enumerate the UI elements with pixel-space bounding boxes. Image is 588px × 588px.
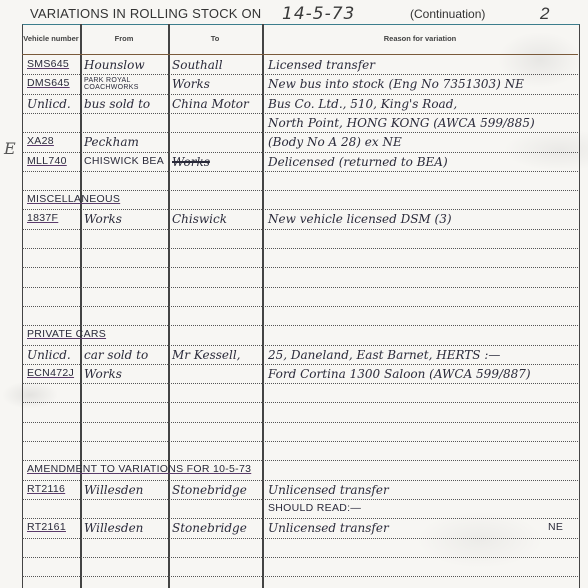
- row-rule: [22, 306, 578, 307]
- from-cell: car sold to: [84, 348, 148, 362]
- row-rule: [22, 74, 578, 75]
- from-cell: bus sold to: [84, 97, 150, 111]
- row-rule: [22, 209, 578, 210]
- from-cell: Willesden: [84, 483, 143, 497]
- from-cell: PARK ROYAL COACHWORKS: [84, 77, 164, 91]
- section-heading: AMENDMENT TO VARIATIONS FOR 10-5-73: [27, 463, 251, 475]
- vehicle-number-cell: RT2161: [27, 521, 66, 533]
- reason-cell: Ford Cortina 1300 Saloon (AWCA 599/887): [268, 367, 531, 381]
- row-rule: [22, 557, 578, 558]
- section-heading: MISCELLANEOUS: [27, 193, 120, 205]
- reason-cell: (Body No A 28) ex NE: [268, 135, 402, 149]
- vehicle-number-cell: 1837F: [27, 212, 58, 224]
- to-cell: Mr Kessell,: [172, 348, 241, 362]
- reason-cell: Licensed transfer: [268, 58, 375, 72]
- reason-cell: 25, Daneland, East Barnet, HERTS :—: [268, 348, 500, 362]
- vehicle-number-cell: MLL740: [27, 155, 67, 167]
- vehicle-number-cell: Unlicd.: [27, 348, 71, 362]
- reason-cell: Unlicensed transfer: [268, 521, 389, 535]
- table-header: Vehicle number From To Reason for variat…: [22, 24, 578, 55]
- vehicle-number-cell: RT2116: [27, 483, 65, 495]
- to-cell: Works: [172, 77, 210, 91]
- to-cell: Chiswick: [172, 212, 227, 226]
- row-rule: [22, 345, 578, 346]
- reason-cell: Delicensed (returned to BEA): [268, 155, 448, 169]
- row-rule: [22, 538, 578, 539]
- vehicle-number-cell: XA28: [27, 135, 54, 147]
- section-heading: PRIVATE CARS: [27, 328, 106, 340]
- vehicle-number-cell: SMS645: [27, 58, 69, 70]
- to-cell: Works: [172, 155, 210, 169]
- from-cell: Willesden: [84, 521, 143, 535]
- reason-cell: Bus Co. Ltd., 510, King's Road,: [268, 97, 457, 111]
- header-reason: Reason for variation: [262, 24, 578, 54]
- row-rule: [22, 267, 578, 268]
- continuation-label: (Continuation): [410, 7, 485, 21]
- form-title: VARIATIONS IN ROLLING STOCK ON: [30, 6, 261, 21]
- row-rule: [22, 248, 578, 249]
- header-from: From: [80, 24, 168, 54]
- row-rule: [22, 113, 578, 114]
- to-cell: Southall: [172, 58, 223, 72]
- form-header: VARIATIONS IN ROLLING STOCK ON 14-5-73 (…: [30, 4, 578, 26]
- header-vehicle-number: Vehicle number: [22, 24, 80, 54]
- row-rule: [22, 152, 578, 153]
- from-cell: Works: [84, 367, 122, 381]
- to-cell: Stonebridge: [172, 521, 247, 535]
- reason-cell: New bus into stock (Eng No 7351303) NE: [268, 77, 524, 91]
- reason-cell: SHOULD READ:—: [268, 502, 361, 514]
- garage-code: NE: [548, 521, 563, 533]
- row-rule: [22, 576, 578, 577]
- row-rule: [22, 402, 578, 403]
- page-number: 2: [540, 4, 549, 24]
- row-rule: [22, 422, 578, 423]
- reason-cell: Unlicensed transfer: [268, 483, 389, 497]
- from-cell: Peckham: [84, 135, 139, 149]
- to-cell: Stonebridge: [172, 483, 247, 497]
- row-rule: [22, 383, 578, 384]
- header-to: To: [168, 24, 262, 54]
- reason-cell: New vehicle licensed DSM (3): [268, 212, 452, 226]
- row-rule: [22, 171, 578, 172]
- from-cell: CHISWICK BEA: [84, 155, 164, 167]
- row-rule: [22, 441, 578, 442]
- vehicle-number-cell: DMS645: [27, 77, 70, 89]
- row-rule: [22, 325, 578, 326]
- from-cell: Works: [84, 212, 122, 226]
- reason-cell: North Point, HONG KONG (AWCA 599/885): [268, 116, 535, 130]
- from-cell: Hounslow: [84, 58, 145, 72]
- margin-annotation: E: [4, 139, 16, 158]
- row-rule: [22, 229, 578, 230]
- vehicle-number-cell: ECN472J: [27, 367, 74, 379]
- to-cell: China Motor: [172, 97, 249, 111]
- form-date: 14-5-73: [282, 4, 355, 24]
- row-rule: [22, 480, 578, 481]
- row-rule: [22, 499, 578, 500]
- row-rule: [22, 364, 578, 365]
- vehicle-number-cell: Unlicd.: [27, 97, 71, 111]
- row-rule: [22, 190, 578, 191]
- row-rule: [22, 132, 578, 133]
- row-rule: [22, 287, 578, 288]
- row-rule: [22, 94, 578, 95]
- row-rule: [22, 518, 578, 519]
- row-rule: [22, 460, 578, 461]
